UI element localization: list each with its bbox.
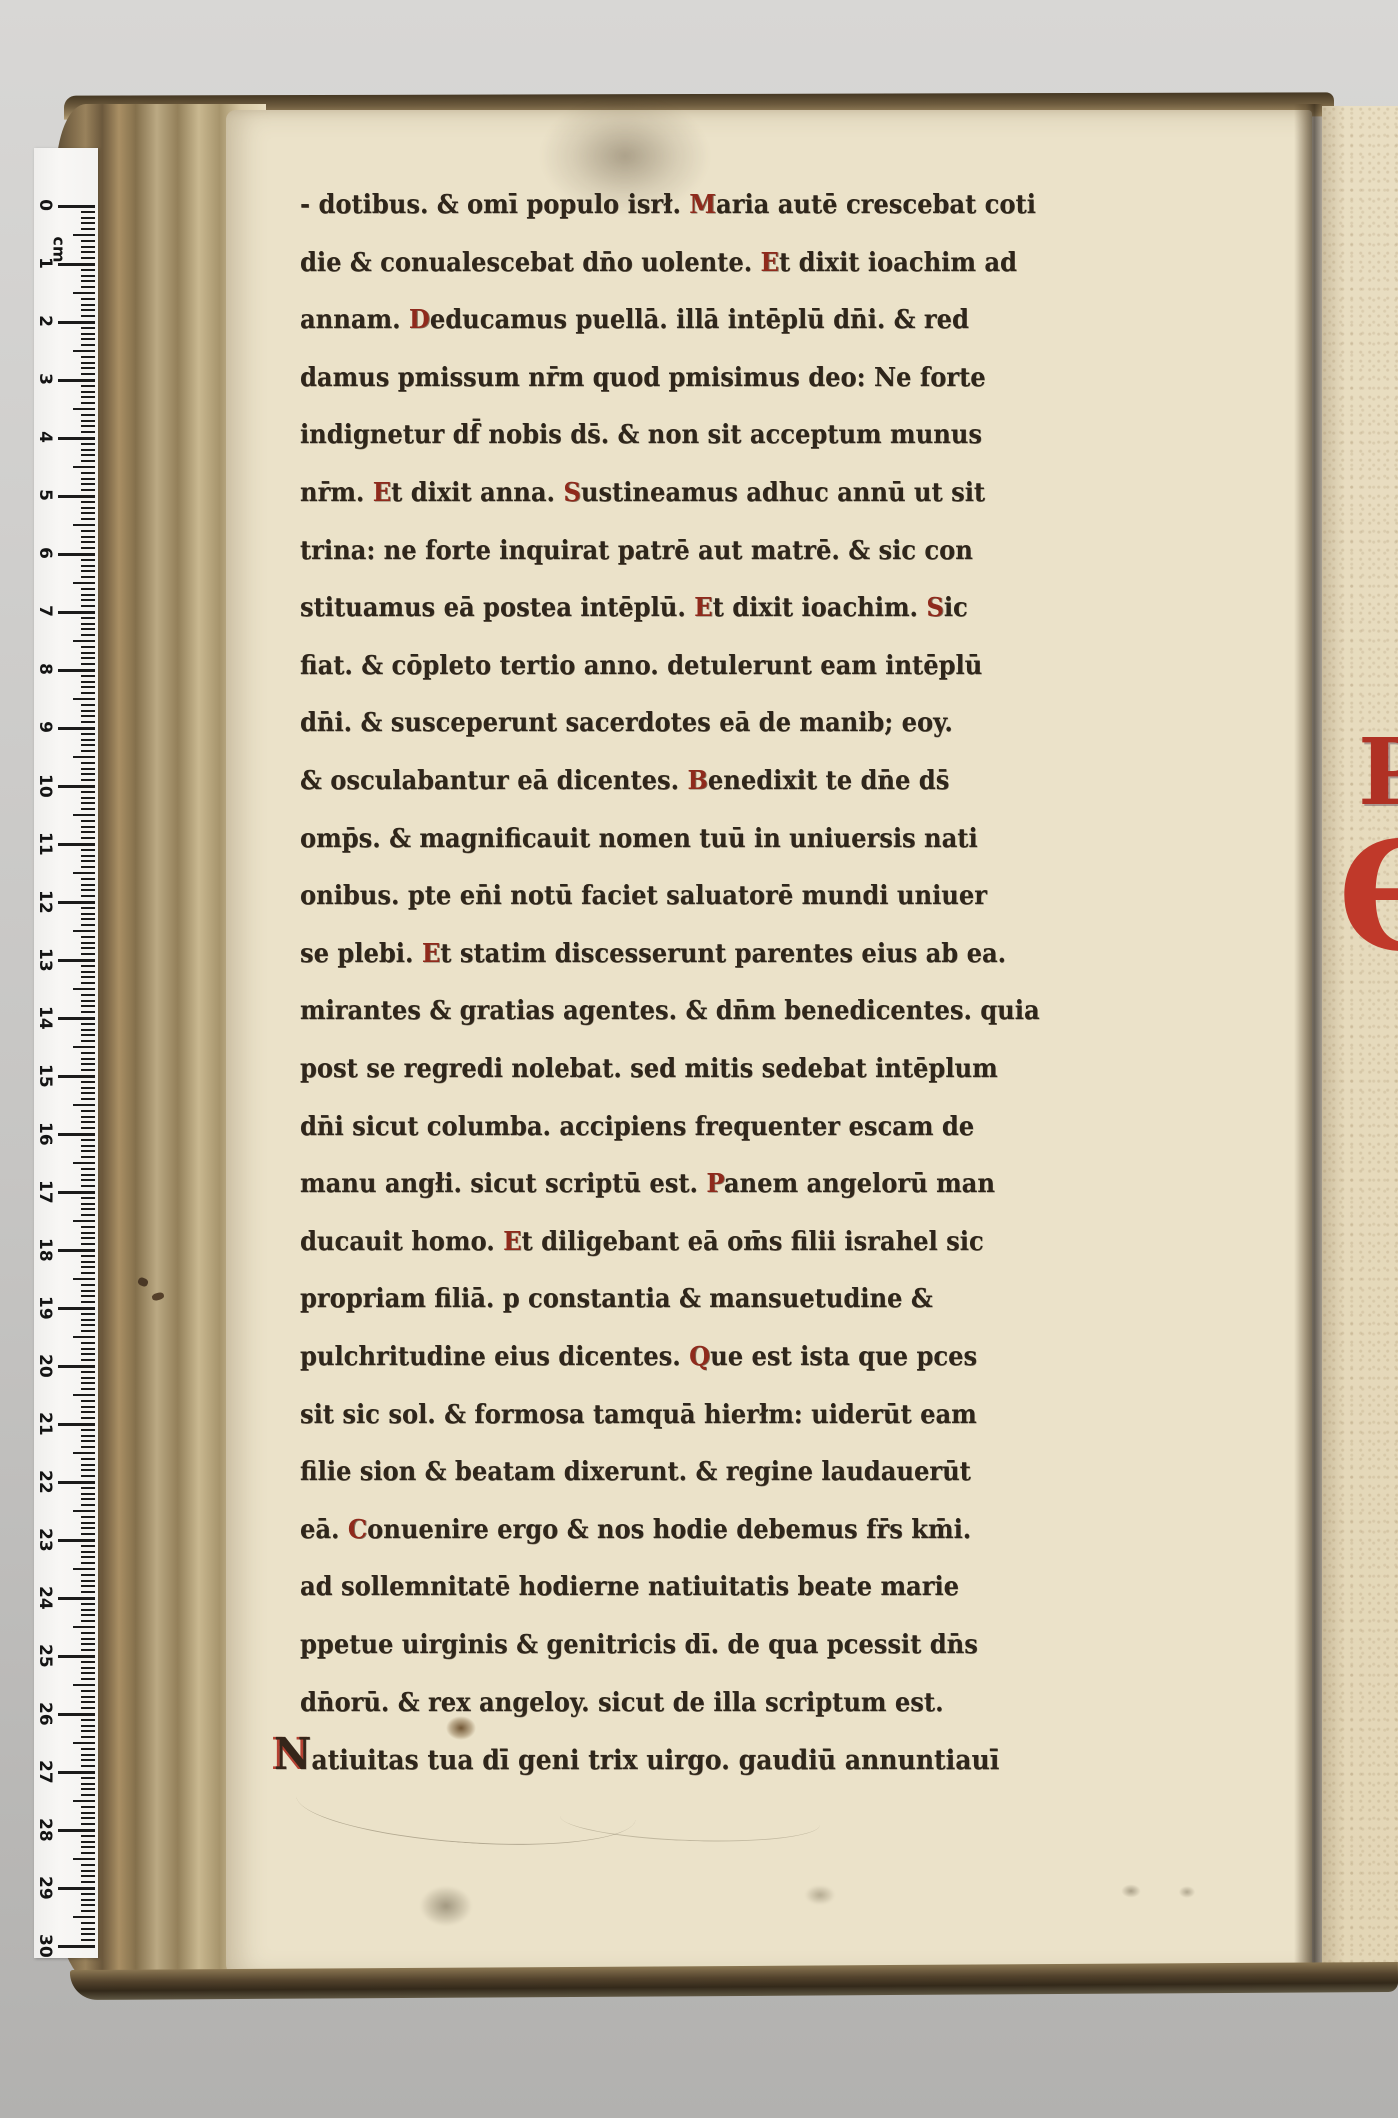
ruler-tick — [58, 1133, 95, 1136]
ruler-tick — [81, 1585, 95, 1587]
ruler-tick — [81, 1794, 95, 1796]
ruler-tick — [81, 1899, 95, 1901]
line-text: die & conualescebat dn̄o uolente. — [300, 248, 761, 278]
ruler-tick — [81, 286, 95, 288]
ruler-tick — [81, 965, 95, 967]
ruler-tick — [81, 1806, 95, 1808]
ruler-tick — [58, 1945, 95, 1948]
ruler-tick — [81, 779, 95, 781]
line-text: indignetur df̄ nobis ds̄. & non sit acce… — [300, 420, 982, 450]
ruler-tick — [81, 541, 95, 543]
rubric-initial: E — [694, 593, 712, 623]
ruler-tick — [81, 907, 95, 909]
line-text: dn̄i sicut columba. accipiens frequenter… — [300, 1112, 974, 1142]
ruler-tick — [81, 1342, 95, 1344]
ruler-tick — [81, 211, 95, 213]
ruler-tick — [81, 1574, 95, 1576]
ruler-tick — [81, 1678, 95, 1680]
parchment-smudge — [420, 1886, 472, 1926]
ruler-tick — [81, 1638, 95, 1640]
ruler-tick — [58, 1307, 95, 1310]
ruler-tick — [81, 1736, 95, 1738]
ruler-tick — [81, 1864, 95, 1866]
ruler-tick — [73, 930, 95, 932]
ruler-tick — [81, 657, 95, 659]
ruler-tick — [81, 257, 95, 259]
rubric-initial: P — [706, 1169, 724, 1199]
line-text: anem angelorū man — [724, 1169, 995, 1199]
manuscript-text-line: post se regredi nolebat. sed mitis sedeb… — [300, 1054, 998, 1084]
ruler-tick — [73, 1162, 95, 1164]
ruler-tick — [81, 240, 95, 242]
ruler-tick — [81, 1092, 95, 1094]
ruler-tick — [81, 623, 95, 625]
ruler-tick — [73, 524, 95, 526]
ruler-number: 30 — [35, 1934, 55, 1956]
ruler-tick — [81, 1179, 95, 1181]
ruler-tick — [81, 976, 95, 978]
ruler-tick — [81, 1313, 95, 1315]
ruler-tick — [81, 802, 95, 804]
ruler-number: 11 — [35, 832, 55, 854]
ruler-tick — [81, 1029, 95, 1031]
ruler-tick — [81, 1359, 95, 1361]
manuscript-text-line: stituamus eā postea intēplū. Et dixit io… — [300, 593, 968, 623]
ruler-tick — [81, 942, 95, 944]
ruler-tick — [81, 1290, 95, 1292]
ruler-tick — [81, 338, 95, 340]
ruler-number: 5 — [35, 484, 55, 506]
ruler-tick — [81, 373, 95, 375]
ruler-tick — [81, 1556, 95, 1558]
ruler-tick — [81, 1591, 95, 1593]
ruler-tick — [81, 704, 95, 706]
rubric-initial: E — [422, 939, 440, 969]
ruler-tick — [81, 1545, 95, 1547]
ruler-tick — [81, 808, 95, 810]
ruler-tick — [73, 988, 95, 990]
ruler-tick — [81, 1620, 95, 1622]
line-text: t dixit anna. — [391, 478, 563, 508]
ruler-tick — [81, 1672, 95, 1674]
ruler-tick — [81, 936, 95, 938]
ruler-tick — [81, 1208, 95, 1210]
manuscript-text-line: indignetur df̄ nobis ds̄. & non sit acce… — [300, 420, 982, 450]
ruler-tick — [81, 298, 95, 300]
ruler-tick — [73, 582, 95, 584]
line-text: ad sollemnitatē hodierne natiuitatis bea… — [300, 1572, 959, 1602]
ruler-tick — [81, 1777, 95, 1779]
ruler-tick — [58, 785, 95, 788]
ruler-tick — [81, 913, 95, 915]
ruler-tick — [58, 1887, 95, 1890]
ruler-number: 8 — [35, 658, 55, 680]
ruler-tick — [73, 1742, 95, 1744]
ruler-tick — [73, 698, 95, 700]
ruler-tick — [73, 1626, 95, 1628]
ruler-tick — [81, 1522, 95, 1524]
ruler-tick — [81, 222, 95, 224]
ruler-tick — [81, 889, 95, 891]
ruler-tick — [81, 1870, 95, 1872]
rubric-initial: E — [503, 1227, 521, 1257]
ruler-tick — [81, 1081, 95, 1083]
manuscript-text-line: pulchritudine eius dicentes. Que est ist… — [300, 1342, 977, 1372]
ruler-tick — [81, 1922, 95, 1924]
line-text: damus pmissum nr̄m quod pmisimus deo: Ne… — [300, 363, 986, 393]
ruler-tick — [81, 1243, 95, 1245]
manuscript-text-line: filie sion & beatam dixerunt. & regine l… — [300, 1457, 971, 1487]
ruler-tick — [81, 791, 95, 793]
ruler-tick — [81, 715, 95, 717]
ruler-tick — [73, 1452, 95, 1454]
ruler-tick — [58, 1423, 95, 1426]
ruler-tick — [58, 901, 95, 904]
manuscript-text-line: mirantes & gratias agentes. & dn̄m bened… — [300, 996, 1040, 1026]
line-text: propriam filiā. p constantia & mansuetud… — [300, 1284, 933, 1314]
ruler-tick — [81, 1464, 95, 1466]
ruler-tick — [81, 1034, 95, 1036]
ruler-tick — [81, 414, 95, 416]
ruler-tick — [81, 1121, 95, 1123]
manuscript-text-line: die & conualescebat dn̄o uolente. Et dix… — [300, 248, 1017, 278]
ruler-tick — [81, 1400, 95, 1402]
ruler-tick — [81, 1226, 95, 1228]
manuscript-text-line: onibus. pte en̄i notū faciet saluatorē m… — [300, 881, 987, 911]
ruler-tick — [81, 362, 95, 364]
ruler-tick — [81, 454, 95, 456]
ruler-tick — [58, 1713, 95, 1716]
ruler-tick — [81, 1730, 95, 1732]
line-text: fiat. & cōpleto tertio anno. detulerunt … — [300, 651, 982, 681]
ruler-tick — [73, 1684, 95, 1686]
ruler-number: 24 — [35, 1586, 55, 1608]
line-text: ppetue uirginis & genitricis dī. de qua … — [300, 1630, 978, 1660]
line-text: aria autē crescebat coti — [716, 190, 1036, 220]
ruler-tick — [81, 1516, 95, 1518]
ruler-tick — [81, 1614, 95, 1616]
ruler-tick — [81, 971, 95, 973]
ruler-tick — [81, 860, 95, 862]
ruler-number: 10 — [35, 774, 55, 796]
ruler-tick — [81, 391, 95, 393]
ruler-number: 13 — [35, 948, 55, 970]
ruler-tick — [81, 1928, 95, 1930]
manuscript-text-line: - dotibus. & omī populo isrł. Maria autē… — [300, 190, 1036, 220]
rubric-initial: C — [348, 1515, 367, 1545]
ruler-tick — [81, 1110, 95, 1112]
ruler-tick — [81, 762, 95, 764]
ruler-tick — [81, 1324, 95, 1326]
manuscript-text-line: propriam filiā. p constantia & mansuetud… — [300, 1284, 933, 1314]
ruler-tick — [81, 385, 95, 387]
line-text: omp̄s. & magnificauit nomen tuū in uniue… — [300, 824, 978, 854]
ruler-tick — [81, 820, 95, 822]
ruler-number: 14 — [35, 1006, 55, 1028]
ruler-tick — [81, 634, 95, 636]
ruler-tick — [81, 773, 95, 775]
ruler-tick — [58, 959, 95, 962]
ruler-tick — [81, 1371, 95, 1373]
ruler-tick — [81, 768, 95, 770]
parchment-smudge — [800, 1882, 840, 1908]
ruler-tick — [81, 420, 95, 422]
ruler-tick — [73, 1800, 95, 1802]
line-text: ic — [944, 593, 968, 623]
line-text: ducauit homo. — [300, 1227, 503, 1257]
ruler-tick — [81, 1661, 95, 1663]
ruler-tick — [81, 1533, 95, 1535]
manuscript-text-line: nr̄m. Et dixit anna. Sustineamus adhuc a… — [300, 478, 985, 508]
ruler-tick — [81, 1139, 95, 1141]
ruler-tick — [81, 1643, 95, 1645]
ruler-tick — [81, 750, 95, 752]
ruler-tick — [81, 1052, 95, 1054]
ink-blot — [446, 1716, 476, 1740]
ruler-tick — [81, 1417, 95, 1419]
ruler-tick — [81, 217, 95, 219]
ruler-number: 28 — [35, 1818, 55, 1840]
ruler-tick — [81, 1817, 95, 1819]
ruler-tick — [81, 1649, 95, 1651]
ruler-tick — [81, 826, 95, 828]
ruler-tick — [81, 530, 95, 532]
ruler-tick — [81, 570, 95, 572]
line-text: pulchritudine eius dicentes. — [300, 1342, 689, 1372]
ruler-tick — [81, 895, 95, 897]
ruler-tick — [73, 814, 95, 816]
line-text: trina: ne forte inquirat patrē aut matrē… — [300, 536, 973, 566]
ruler-tick — [81, 1551, 95, 1553]
ruler-tick — [58, 1365, 95, 1368]
line-text: post se regredi nolebat. sed mitis sedeb… — [300, 1054, 998, 1084]
ruler-tick — [81, 628, 95, 630]
ruler-tick — [81, 1609, 95, 1611]
ruler: 0123456789101112131415161718192021222324… — [34, 148, 98, 1958]
ruler-tick — [81, 228, 95, 230]
ruler-tick — [73, 1220, 95, 1222]
ruler-tick — [81, 1440, 95, 1442]
line-text: mirantes & gratias agentes. & dn̄m bened… — [300, 996, 1040, 1026]
ruler-tick — [81, 333, 95, 335]
ruler-tick — [81, 315, 95, 317]
ruler-tick — [81, 1058, 95, 1060]
ruler-number: 7 — [35, 600, 55, 622]
ruler-tick — [73, 1394, 95, 1396]
ruler-tick — [81, 431, 95, 433]
ruler-tick — [81, 599, 95, 601]
ruler-tick — [81, 1261, 95, 1263]
ruler-tick — [81, 1168, 95, 1170]
ruler-tick — [81, 866, 95, 868]
ruler-number: 17 — [35, 1180, 55, 1202]
ruler-tick — [81, 1406, 95, 1408]
ruler-number: 0 — [35, 194, 55, 216]
ruler-tick — [81, 489, 95, 491]
ruler-tick — [73, 640, 95, 642]
parchment-smudge — [1118, 1882, 1144, 1900]
ruler-tick — [81, 1562, 95, 1564]
line-text: - dotibus. & omī populo isrł. — [300, 190, 689, 220]
ruler-tick — [81, 1719, 95, 1721]
ruler-tick — [81, 594, 95, 596]
rubric-initial: E — [761, 248, 779, 278]
line-text: ustineamus adhuc annū ut sit — [581, 478, 985, 508]
ruler-tick — [58, 495, 95, 498]
ruler-tick — [81, 744, 95, 746]
ruler-tick — [81, 1754, 95, 1756]
ruler-tick — [81, 1469, 95, 1471]
manuscript-text-line: trina: ne forte inquirat patrē aut matrē… — [300, 536, 973, 566]
ruler-number: 15 — [35, 1064, 55, 1086]
ruler-tick — [81, 675, 95, 677]
ruler-tick — [81, 797, 95, 799]
ruler-tick — [81, 1846, 95, 1848]
line-text: filie sion & beatam dixerunt. & regine l… — [300, 1457, 971, 1487]
line-text: ue est ista que pces — [710, 1342, 977, 1372]
ruler-number: 18 — [35, 1238, 55, 1260]
ruler-tick — [81, 849, 95, 851]
ruler-number: 2 — [35, 310, 55, 332]
ruler-tick — [81, 855, 95, 857]
manuscript-text-line: omp̄s. & magnificauit nomen tuū in uniue… — [300, 824, 978, 854]
ruler-tick — [81, 367, 95, 369]
line-text: nr̄m. — [300, 478, 373, 508]
ruler-tick — [73, 756, 95, 758]
ruler-tick — [73, 1858, 95, 1860]
ruler-tick — [81, 518, 95, 520]
ruler-number: 12 — [35, 890, 55, 912]
ruler-tick — [81, 1232, 95, 1234]
line-text: se plebi. — [300, 939, 422, 969]
ruler-tick — [73, 1104, 95, 1106]
ruler-tick — [58, 843, 95, 846]
ruler-tick — [81, 1214, 95, 1216]
rubric-initial: N — [274, 1729, 311, 1780]
line-text: t diligebant eā om̄s filii israhel sic — [522, 1227, 984, 1257]
ruler-tick — [81, 356, 95, 358]
ruler-number: 19 — [35, 1296, 55, 1318]
rubric-initial: S — [563, 478, 580, 508]
ruler-tick — [73, 234, 95, 236]
ruler-tick — [73, 350, 95, 352]
ruler-tick — [81, 1893, 95, 1895]
ruler-tick — [58, 379, 95, 382]
line-text: sit sic sol. & formosa tamquā hierłm: ui… — [300, 1400, 977, 1430]
ruler-number: 27 — [35, 1760, 55, 1782]
ruler-tick — [81, 1353, 95, 1355]
ruler-number: 25 — [35, 1644, 55, 1666]
ruler-tick — [81, 1156, 95, 1158]
ruler-tick — [81, 536, 95, 538]
ruler-tick — [81, 982, 95, 984]
ruler-tick — [81, 1145, 95, 1147]
line-text: t statim discesserunt parentes eius ab e… — [440, 939, 1006, 969]
ruler-tick — [81, 837, 95, 839]
ruler-tick — [81, 1237, 95, 1239]
ruler-tick — [81, 1377, 95, 1379]
ruler-tick — [81, 1690, 95, 1692]
ruler-number: 22 — [35, 1470, 55, 1492]
manuscript-text-line: damus pmissum nr̄m quod pmisimus deo: Ne… — [300, 363, 986, 393]
ruler-tick — [73, 1568, 95, 1570]
ruler-tick — [73, 1916, 95, 1918]
ruler-tick — [58, 1771, 95, 1774]
rubric-initial: B — [687, 766, 707, 796]
ruler-tick — [81, 1835, 95, 1837]
ruler-tick — [81, 1910, 95, 1912]
ruler-tick — [81, 1939, 95, 1941]
ruler-tick — [81, 831, 95, 833]
manuscript-text-line: manu angłi. sicut scriptū est. Panem ang… — [300, 1169, 995, 1199]
ruler-tick — [81, 918, 95, 920]
ruler-tick — [58, 1829, 95, 1832]
ruler-tick — [73, 1046, 95, 1048]
ruler-tick — [81, 1748, 95, 1750]
ruler-tick — [81, 1174, 95, 1176]
ruler-tick — [81, 344, 95, 346]
line-text: stituamus eā postea intēplū. — [300, 593, 694, 623]
ruler-tick — [81, 1493, 95, 1495]
ruler-tick — [81, 460, 95, 462]
ruler-tick — [81, 1696, 95, 1698]
ruler-tick — [58, 321, 95, 324]
ruler-tick — [73, 872, 95, 874]
ruler-tick — [81, 547, 95, 549]
ruler-tick — [81, 449, 95, 451]
ruler-tick — [81, 1116, 95, 1118]
ruler-tick — [58, 1017, 95, 1020]
ruler-tick — [58, 1481, 95, 1484]
ruler-tick — [81, 275, 95, 277]
ruler-tick — [58, 1539, 95, 1542]
ruler-tick — [81, 1127, 95, 1129]
line-text: dn̄orū. & rex angeloy. sicut de illa scr… — [300, 1688, 943, 1718]
manuscript-text-line: ad sollemnitatē hodierne natiuitatis bea… — [300, 1572, 959, 1602]
ruler-number: 3 — [35, 368, 55, 390]
line-text: manu angłi. sicut scriptū est. — [300, 1169, 706, 1199]
ruler-tick — [81, 559, 95, 561]
ruler-tick — [81, 1783, 95, 1785]
ruler-tick — [81, 1098, 95, 1100]
ruler-tick — [81, 1580, 95, 1582]
ruler-tick — [81, 1023, 95, 1025]
ruler-tick — [81, 1933, 95, 1935]
ruler-tick — [81, 1527, 95, 1529]
ruler-tick — [81, 1203, 95, 1205]
ruler-tick — [81, 1632, 95, 1634]
ruler-tick — [81, 565, 95, 567]
ruler-tick — [81, 483, 95, 485]
ruler-tick — [58, 669, 95, 672]
ruler-tick — [81, 1701, 95, 1703]
ruler-tick — [81, 1272, 95, 1274]
ruler-tick — [81, 576, 95, 578]
manuscript-text-line: dn̄i. & susceperunt sacerdotes eā de man… — [300, 708, 953, 738]
ruler-tick — [81, 1063, 95, 1065]
ruler-tick — [81, 733, 95, 735]
line-text: annam. — [300, 305, 409, 335]
ruler-tick — [81, 1504, 95, 1506]
line-text: eā. — [300, 1515, 348, 1545]
ruler-tick — [81, 1040, 95, 1042]
ruler-tick — [81, 605, 95, 607]
ruler-tick — [81, 1388, 95, 1390]
ruler-tick — [81, 304, 95, 306]
ruler-tick — [81, 396, 95, 398]
line-text: dn̄i. & susceperunt sacerdotes eā de man… — [300, 708, 953, 738]
ruler-tick — [81, 692, 95, 694]
